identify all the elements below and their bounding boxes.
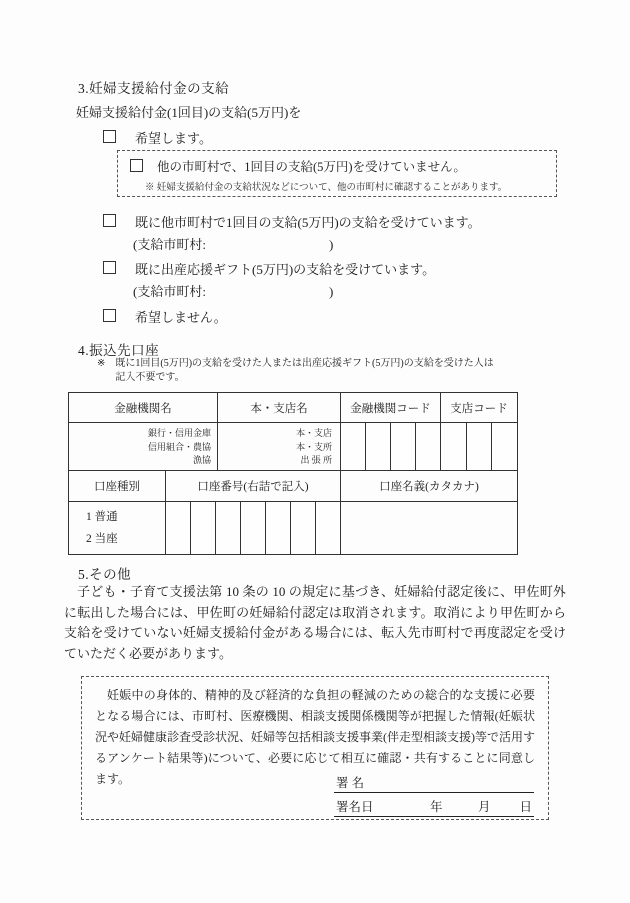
branch-type-shisho: 本・支所 [218,441,340,455]
section4-note-line2: 記入不要です。 [115,371,493,385]
option-received-gift-label: 既に出産応援ギフト(5万円)の支給を受けています。 [135,259,435,278]
signature-line[interactable]: 署 名 [334,774,534,793]
institution-code-cell-4[interactable] [416,423,441,473]
checkbox-received-other[interactable] [103,214,116,227]
section4-note: ※ 既に1回目(5万円)の支給を受けた人または出産応援ギフト(5万円)の支給を受… [97,357,494,384]
option-not-received-elsewhere-label: 他の市町村で、1回目の支給(5万円)を受けていません。 [157,157,466,175]
branch-name-input-cell[interactable]: 本・支店 本・支所 出 張 所 [218,423,341,473]
municipality-line-2: (支給市町村: ) [133,281,333,300]
institution-code-cell-3[interactable] [391,423,416,473]
col-header-financial-institution: 金融機関名 [69,393,218,423]
institution-type-fishery: 漁協 [69,454,217,468]
option-row-received-other: 既に他市町村で1回目の支給(5万円)の支給を受けています。 [103,212,481,231]
note-asterisk: ※ [97,357,105,384]
account-number-cell-2[interactable] [191,502,216,555]
signature-date-label: 署名日 [336,797,374,815]
checkbox-received-gift[interactable] [103,261,116,274]
branch-code-cell-2[interactable] [467,423,492,473]
bank-account-table-bottom: 口座種別 口座番号(右詰で記入) 口座名義(カタカナ) 1 普通 2 当座 [68,470,518,555]
branch-type-honten: 本・支店 [218,427,340,441]
option-received-other-label: 既に他市町村で1回目の支給(5万円)の支給を受けています。 [135,212,481,231]
account-number-cell-1[interactable] [166,502,191,555]
municipality-line-1: (支給市町村: ) [133,234,333,253]
document-page: { "section3": { "heading": "3.妊婦支援給付金の支給… [0,0,630,903]
month-label: 月 [478,797,491,815]
no-other-municipality-payment-box: 他の市町村で、1回目の支給(5万円)を受けていません。 ※ 妊婦支援給付金の支給… [117,150,557,197]
account-name-input-cell[interactable] [341,502,518,555]
option-row-received-gift: 既に出産応援ギフト(5万円)の支給を受けています。 [103,259,435,278]
institution-code-cell-2[interactable] [366,423,391,473]
col-header-institution-code: 金融機関コード [341,393,441,423]
option-no-hope-label: 希望しません。 [135,307,227,326]
day-label: 日 [519,797,532,815]
option-row-no-hope: 希望しません。 [103,307,227,326]
signature-label: 署 名 [336,773,364,791]
branch-type-shutchojo: 出 張 所 [218,454,340,468]
option-hope-label: 希望します。 [135,128,212,147]
account-number-cell-3[interactable] [216,502,241,555]
section4-heading: 4.振込先口座 [78,339,159,359]
confirmation-note: ※ 妊婦支援給付金の支給状況などについて、他の市町村に確認することがあります。 [145,179,507,193]
col-header-account-name: 口座名義(カタカナ) [341,471,518,502]
account-type-select-cell[interactable]: 1 普通 2 当座 [69,502,166,555]
col-header-branch-code: 支店コード [441,393,518,423]
municipality-input-blank-2[interactable] [206,287,329,300]
checkbox-no-hope[interactable] [103,309,116,322]
checkbox-hope[interactable] [103,130,116,143]
municipality-close-label-2: ) [329,284,333,300]
section4-note-line1: 既に1回目(5万円)の支給を受けた人または出産応援ギフト(5万円)の支給を受けた… [115,357,493,371]
branch-code-cell-3[interactable] [492,423,518,473]
financial-institution-input-cell[interactable]: 銀行・信用金庫 信用組合・農協 漁協 [69,423,218,473]
col-header-account-type: 口座種別 [69,471,166,502]
branch-code-cell-1[interactable] [441,423,467,473]
account-number-cell-7[interactable] [316,502,341,555]
account-number-cell-6[interactable] [291,502,316,555]
institution-code-cell-1[interactable] [341,423,366,473]
institution-type-union: 信用組合・農協 [69,441,217,455]
option-row-not-received-elsewhere: 他の市町村で、1回目の支給(5万円)を受けていません。 [130,157,466,175]
institution-type-bank: 銀行・信用金庫 [69,427,217,441]
account-type-current: 2 当座 [69,528,165,550]
section5-heading: 5.その他 [78,563,131,583]
year-label: 年 [430,797,443,815]
section3-heading: 3.妊婦支援給付金の支給 [78,77,229,97]
option-row-hope: 希望します。 [103,128,212,147]
municipality-open-label: (支給市町村: [133,234,206,253]
municipality-open-label-2: (支給市町村: [133,281,206,300]
bank-account-table-top: 金融機関名 本・支店名 金融機関コード 支店コード 銀行・信用金庫 信用組合・農… [68,392,518,473]
municipality-input-blank-1[interactable] [206,240,329,253]
section5-paragraph: 子ども・子育て支援法第 10 条の 10 の規定に基づき、妊婦給付認定後に、甲佐… [64,582,566,664]
col-header-branch-name: 本・支店名 [218,393,341,423]
consent-box: 妊娠中の身体的、精神的及び経済的な負担の軽減のための総合的な支援に必要となる場合… [81,676,549,820]
account-number-cell-4[interactable] [241,502,266,555]
account-type-ordinary: 1 普通 [69,506,165,528]
municipality-close-label: ) [329,237,333,253]
col-header-account-number: 口座番号(右詰で記入) [166,471,341,502]
account-number-cell-5[interactable] [266,502,291,555]
checkbox-not-received-elsewhere[interactable] [130,159,143,172]
section3-intro: 妊婦支援給付金(1回目)の支給(5万円)を [76,102,301,121]
signature-date-line[interactable]: 署名日 年 月 日 [334,798,534,817]
